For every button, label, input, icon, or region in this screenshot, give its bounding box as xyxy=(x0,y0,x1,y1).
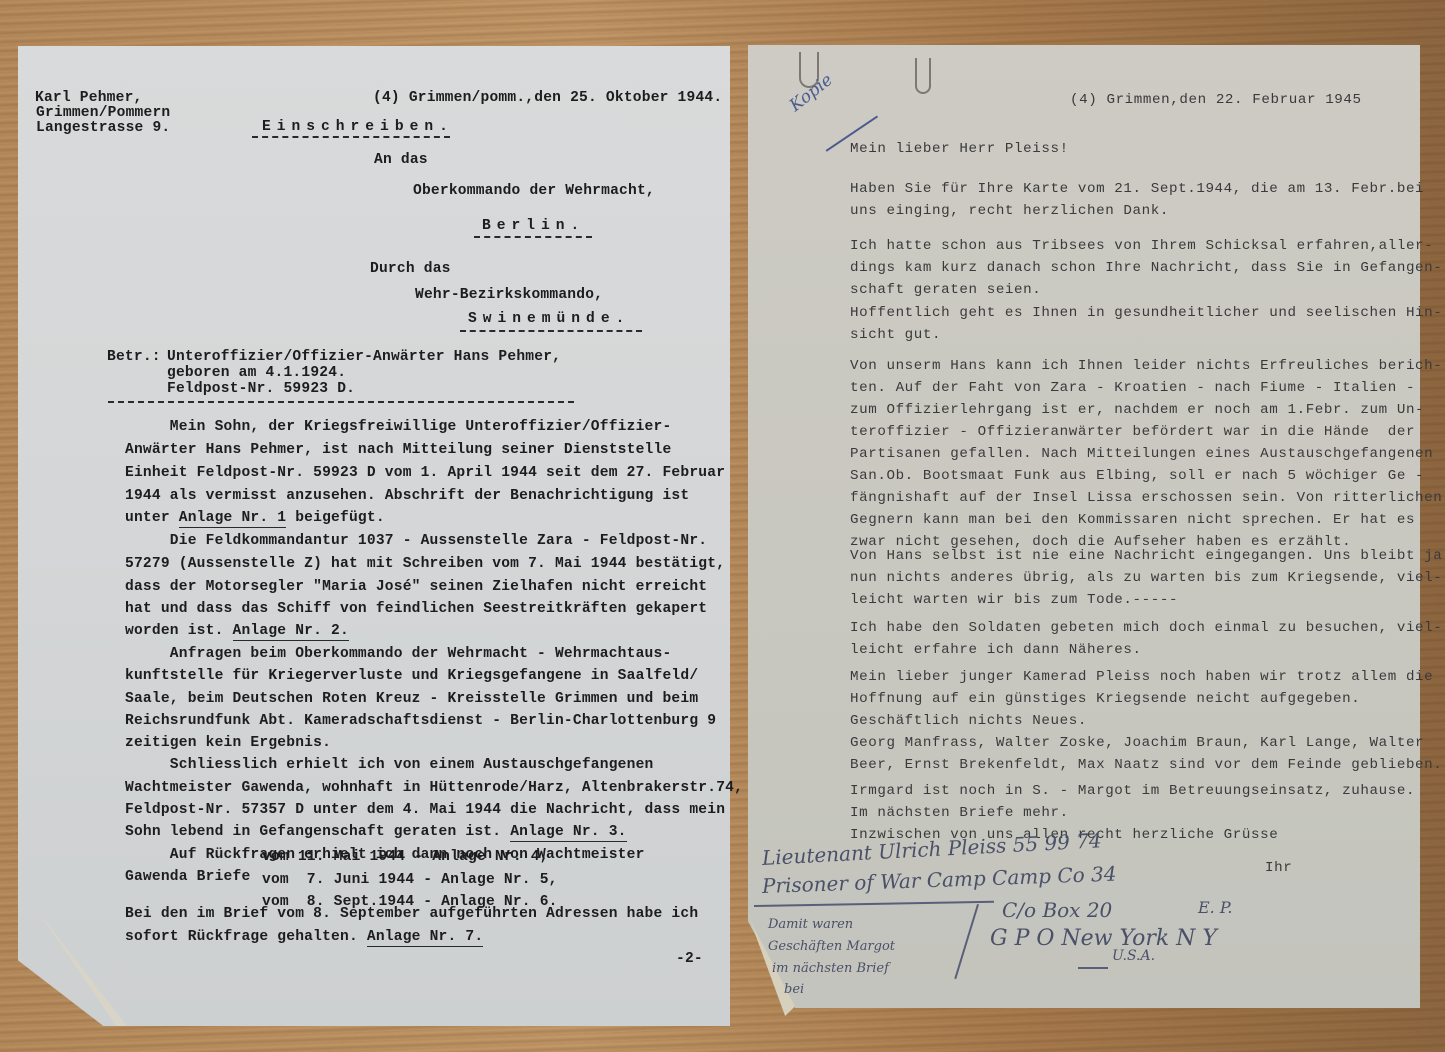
via-city: Swinemünde. xyxy=(468,310,630,328)
handwritten-address-2: G P O New York N Y xyxy=(990,926,1217,951)
body-line: 1944 als vermisst anzusehen. Abschrift d… xyxy=(125,487,689,505)
body-line: Die Feldkommandantur 1037 - Aussenstelle… xyxy=(125,532,707,550)
body-line: Saale, beim Deutschen Roten Kreuz - Krei… xyxy=(125,690,698,708)
side-note-2: Geschäften Margot xyxy=(768,939,895,954)
handwritten-address-1: C/o Box 20 xyxy=(1002,898,1112,922)
paragraph-line: Von Hans selbst ist nie eine Nachricht e… xyxy=(850,547,1442,565)
side-note-1: Damit waren xyxy=(768,917,853,932)
via-line-1: Durch das xyxy=(370,260,451,278)
paragraph-line: Von unserm Hans kann ich Ihnen leider ni… xyxy=(850,357,1442,375)
body-line: Feldpost-Nr. 57357 D unter dem 4. Mai 19… xyxy=(125,801,725,819)
place-date: (4) Grimmen,den 22. Februar 1945 xyxy=(1070,91,1362,109)
body-line: Anwärter Hans Pehmer, ist nach Mitteilun… xyxy=(125,441,671,459)
body-line: Mein Sohn, der Kriegsfreiwillige Unterof… xyxy=(125,418,671,436)
paragraph-line: Gegnern kann man bei den Kommissaren nic… xyxy=(850,511,1415,529)
sender-street: Langestrasse 9. xyxy=(36,119,170,137)
recipient-line-1: An das xyxy=(374,151,428,169)
paragraph-line: fängnishaft auf der Insel Lissa erschoss… xyxy=(850,489,1442,507)
body-line: unter Anlage Nr. 1 beigefügt. xyxy=(125,509,385,527)
body-line: Schliesslich erhielt ich von einem Austa… xyxy=(125,756,654,774)
side-note-3: im nächsten Brief xyxy=(772,961,889,976)
signoff: Ihr xyxy=(1265,859,1292,877)
paragraph-line: nun nichts anderes übrig, als zu warten … xyxy=(850,569,1442,587)
paragraph-line: Im nächsten Briefe mehr. xyxy=(850,804,1069,822)
body-line: dass der Motorsegler "Maria José" seinen… xyxy=(125,578,707,596)
body-line: Einheit Feldpost-Nr. 59923 D vom 1. Apri… xyxy=(125,464,725,482)
via-line-2: Wehr-Bezirkskommando, xyxy=(415,286,603,304)
paragraph-line: Beer, Ernst Brekenfeldt, Max Naatz sind … xyxy=(850,756,1442,774)
paragraph-line: uns einging, recht herzlichen Dank. xyxy=(850,202,1169,220)
body-line: hat und dass das Schiff von feindlichen … xyxy=(125,600,707,618)
paragraph-line: Hoffnung auf ein günstiges Kriegsende ne… xyxy=(850,690,1360,708)
paragraph-line: Ich hatte schon aus Tribsees von Ihrem S… xyxy=(850,237,1433,255)
divider xyxy=(474,236,592,238)
heading-underline xyxy=(252,136,450,138)
enclosure-reference: Anlage Nr. 2. xyxy=(233,623,349,641)
paragraph-line: ten. Auf der Faht von Zara - Kroatien - … xyxy=(850,379,1415,397)
body-line: Anfragen beim Oberkommando der Wehrmacht… xyxy=(125,645,671,663)
paragraph-line: teroffizier - Offizieranwärter befördert… xyxy=(850,423,1415,441)
body-line: Wachtmeister Gawenda, wohnhaft in Hütten… xyxy=(125,779,743,797)
body-line: kunftstelle für Kriegerverluste und Krie… xyxy=(125,667,698,685)
subject-label: Betr.: xyxy=(107,348,161,366)
body-line: Reichsrundfunk Abt. Kameradschaftsdienst… xyxy=(125,712,716,730)
body-line: 57279 (Aussenstelle Z) hat mit Schreiben… xyxy=(125,555,725,573)
paragraph-line: schaft geraten seien. xyxy=(850,281,1041,299)
pen-dash xyxy=(1078,967,1108,969)
handwritten-initials: E. P. xyxy=(1198,898,1232,917)
closing-line-2: sofort Rückfrage gehalten. Anlage Nr. 7. xyxy=(125,928,483,946)
paragraph-line: dings kam kurz danach schon Ihre Nachric… xyxy=(850,259,1442,277)
body-line: Sohn lebend in Gefangenschaft geraten is… xyxy=(125,823,627,841)
paragraph-line: San.Ob. Bootsmaat Funk aus Elbing, soll … xyxy=(850,467,1424,485)
subject-line-3: Feldpost-Nr. 59923 D. xyxy=(167,380,355,398)
paragraph-line: Irmgard ist noch in S. - Margot im Betre… xyxy=(850,782,1415,800)
enclosure-reference: Anlage Nr. 7. xyxy=(367,929,483,947)
body-line: worden ist. Anlage Nr. 2. xyxy=(125,622,349,640)
heading-registered: Einschreiben. xyxy=(262,118,454,136)
paragraph-line: Haben Sie für Ihre Karte vom 21. Sept.19… xyxy=(850,180,1424,198)
side-note-4: bei xyxy=(784,982,804,997)
paragraph-line: Mein lieber junger Kamerad Pleiss noch h… xyxy=(850,668,1433,686)
paperclip-mark xyxy=(915,58,931,94)
enclosure-4: vom 11. Mai 1944 - Anlage Nr. 4, xyxy=(262,848,549,866)
paragraph-line: Georg Manfrass, Walter Zoske, Joachim Br… xyxy=(850,734,1424,752)
paragraph-line: sicht gut. xyxy=(850,326,941,344)
handwritten-address-3: U.S.A. xyxy=(1112,948,1155,964)
recipient-city: Berlin. xyxy=(482,217,585,235)
paragraph-line: leicht warten wir bis zum Tode.----- xyxy=(850,591,1178,609)
enclosure-5: vom 7. Juni 1944 - Anlage Nr. 5, xyxy=(262,871,558,889)
paragraph-line: Hoffentlich geht es Ihnen in gesundheitl… xyxy=(850,304,1442,322)
page-number: -2- xyxy=(676,950,703,968)
divider xyxy=(460,330,642,332)
body-line: zeitigen kein Ergebnis. xyxy=(125,734,331,752)
closing-line-1: Bei den im Brief vom 8. September aufgef… xyxy=(125,905,698,923)
paragraph-line: leicht erfahre ich dann Näheres. xyxy=(850,641,1142,659)
paragraph-line: Partisanen gefallen. Nach Mitteilungen e… xyxy=(850,445,1433,463)
salutation: Mein lieber Herr Pleiss! xyxy=(850,140,1069,158)
enclosure-reference: Anlage Nr. 1 xyxy=(179,510,287,528)
recipient-line-2: Oberkommando der Wehrmacht, xyxy=(413,182,655,200)
place-date: (4) Grimmen/pomm.,den 25. Oktober 1944. xyxy=(373,89,722,107)
paragraph-line: Geschäftlich nichts Neues. xyxy=(850,712,1087,730)
paragraph-line: zum Offizierlehrgang ist er, nachdem er … xyxy=(850,401,1424,419)
divider xyxy=(108,401,574,403)
body-line: Gawenda Briefe xyxy=(125,868,250,886)
enclosure-reference: Anlage Nr. 3. xyxy=(510,824,626,842)
paragraph-line: Ich habe den Soldaten gebeten mich doch … xyxy=(850,619,1442,637)
